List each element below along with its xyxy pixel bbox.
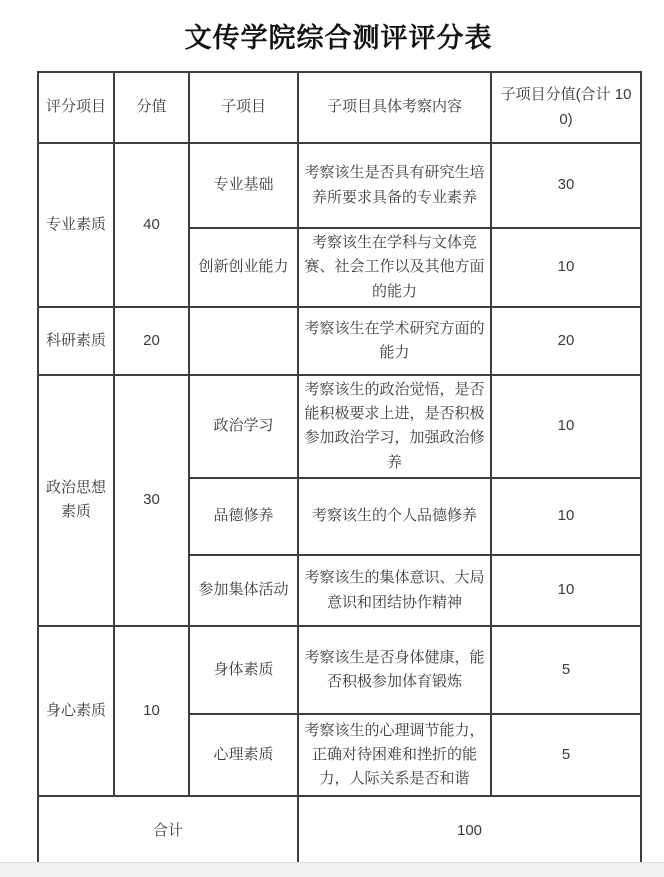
subitem-score-cell: 20 (491, 307, 641, 375)
category-score-cell: 40 (114, 143, 189, 307)
subitem-score-cell: 10 (491, 228, 641, 307)
window-bottom-edge (0, 862, 664, 877)
category-score-cell: 30 (114, 375, 189, 626)
total-row: 合计 100 (38, 796, 641, 867)
subitem-cell: 政治学习 (189, 375, 298, 478)
page-title: 文传学院综合测评评分表 (37, 0, 640, 55)
content-cell: 考察该生在学科与文体竞赛、社会工作以及其他方面的能力 (298, 228, 491, 307)
total-value-cell: 100 (298, 796, 641, 867)
content-cell: 考察该生在学术研究方面的能力 (298, 307, 491, 375)
subitem-cell: 品德修养 (189, 478, 298, 555)
table-body: 专业素质40专业基础考察该生是否具有研究生培养所要求具备的专业素养30创新创业能… (38, 143, 641, 796)
content-cell: 考察该生的个人品德修养 (298, 478, 491, 555)
subitem-cell: 心理素质 (189, 714, 298, 796)
header-sub-item: 子项目 (189, 72, 298, 143)
subitem-cell: 创新创业能力 (189, 228, 298, 307)
evaluation-table: 评分项目 分值 子项目 子项目具体考察内容 子项目分值(合计 100) 专业素质… (37, 71, 642, 868)
subitem-score-cell: 5 (491, 714, 641, 796)
header-scoring-item: 评分项目 (38, 72, 114, 143)
subitem-cell: 参加集体活动 (189, 555, 298, 626)
header-score-value: 分值 (114, 72, 189, 143)
subitem-score-cell: 10 (491, 478, 641, 555)
header-sub-item-score: 子项目分值(合计 100) (491, 72, 641, 143)
category-cell: 专业素质 (38, 143, 114, 307)
category-score-cell: 20 (114, 307, 189, 375)
subitem-score-cell: 10 (491, 375, 641, 478)
table-row: 身心素质10身体素质考察该生是否身体健康，能否积极参加体育锻炼5 (38, 626, 641, 714)
category-cell: 科研素质 (38, 307, 114, 375)
subitem-cell (189, 307, 298, 375)
content-cell: 考察该生的政治觉悟，是否能积极要求上进，是否积极参加政治学习，加强政治修养 (298, 375, 491, 478)
subitem-score-cell: 5 (491, 626, 641, 714)
table-footer: 合计 100 (38, 796, 641, 867)
subitem-score-cell: 30 (491, 143, 641, 228)
table-header: 评分项目 分值 子项目 子项目具体考察内容 子项目分值(合计 100) (38, 72, 641, 143)
table-row: 专业素质40专业基础考察该生是否具有研究生培养所要求具备的专业素养30 (38, 143, 641, 228)
category-cell: 政治思想素质 (38, 375, 114, 626)
content-cell: 考察该生是否具有研究生培养所要求具备的专业素养 (298, 143, 491, 228)
table-row: 政治思想素质30政治学习考察该生的政治觉悟，是否能积极要求上进，是否积极参加政治… (38, 375, 641, 478)
category-cell: 身心素质 (38, 626, 114, 796)
subitem-cell: 身体素质 (189, 626, 298, 714)
subitem-score-cell: 10 (491, 555, 641, 626)
content-cell: 考察该生的心理调节能力，正确对待困难和挫折的能力，人际关系是否和谐 (298, 714, 491, 796)
header-row: 评分项目 分值 子项目 子项目具体考察内容 子项目分值(合计 100) (38, 72, 641, 143)
subitem-cell: 专业基础 (189, 143, 298, 228)
total-label-cell: 合计 (38, 796, 298, 867)
content-cell: 考察该生是否身体健康，能否积极参加体育锻炼 (298, 626, 491, 714)
table-row: 科研素质20考察该生在学术研究方面的能力20 (38, 307, 641, 375)
content-cell: 考察该生的集体意识、大局意识和团结协作精神 (298, 555, 491, 626)
header-sub-item-content: 子项目具体考察内容 (298, 72, 491, 143)
category-score-cell: 10 (114, 626, 189, 796)
document-page: 文传学院综合测评评分表 评分项目 分值 子项目 子项目具体考察内容 子项目分值(… (0, 0, 664, 877)
